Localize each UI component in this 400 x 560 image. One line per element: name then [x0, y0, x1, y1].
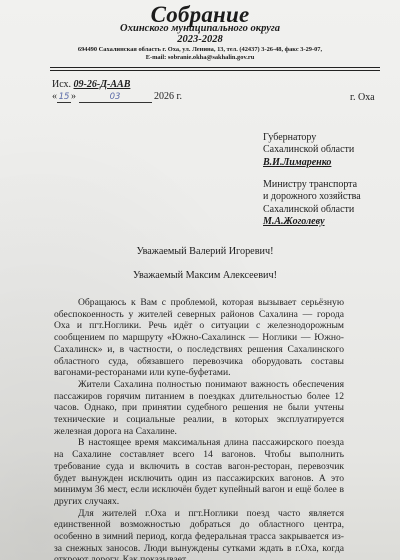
body-paragraph: Обращаюсь к Вам с проблемой, которая выз… [54, 297, 344, 379]
addressee-line: Сахалинской области [263, 204, 361, 216]
letter-page: Собрание Охинского муниципального округа… [0, 0, 400, 560]
outgoing-prefix: Исх. [52, 79, 71, 90]
header-divider-top [50, 67, 380, 68]
header-divider-bottom [50, 70, 380, 71]
body-paragraph: Для жителей г.Оха и пгт.Ноглики поезд ча… [54, 508, 344, 560]
org-email: E-mail: sobranie.okha@sakhalin.gov.ru [0, 54, 400, 61]
addressee-line: Министру транспорта [263, 179, 361, 191]
addressee-line: Сахалинской области [263, 144, 354, 156]
greeting-governor: Уважаемый Валерий Игоревич! [5, 246, 400, 257]
addressee-name: М.А.Жоголеву [263, 216, 361, 228]
addressee-line: и дорожного хозяйства [263, 191, 361, 203]
body-paragraph: В настоящее время максимальная длина пас… [54, 437, 344, 507]
letter-body: Обращаюсь к Вам с проблемой, которая выз… [54, 297, 344, 560]
letter-date: «15» 03 2026 г. [52, 91, 182, 103]
org-term-years: 2023-2028 [0, 34, 400, 45]
org-address: 694490 Сахалинская область г. Оха, ул. Л… [0, 46, 400, 53]
org-subtitle: Охинского муниципального округа [0, 23, 400, 34]
addressee-line: Губернатору [263, 132, 354, 144]
letter-city: г. Оха [350, 92, 375, 103]
outgoing-reference: Исх. 09-26-Д-ААВ [52, 79, 130, 90]
body-paragraph: Жители Сахалина полностью понимают важно… [54, 379, 344, 438]
greeting-minister: Уважаемый Максим Алексеевич! [5, 270, 400, 281]
addressee-name: В.И.Лимаренко [263, 157, 354, 169]
date-month: 03 [79, 92, 152, 103]
outgoing-number: 09-26-Д-ААВ [74, 79, 131, 90]
quote-close: » [71, 91, 76, 102]
date-day: 15 [57, 92, 71, 103]
addressee-minister: Министру транспорта и дорожного хозяйств… [263, 179, 361, 228]
date-year: 2026 г. [154, 91, 182, 102]
addressee-governor: Губернатору Сахалинской области В.И.Лима… [263, 132, 354, 169]
